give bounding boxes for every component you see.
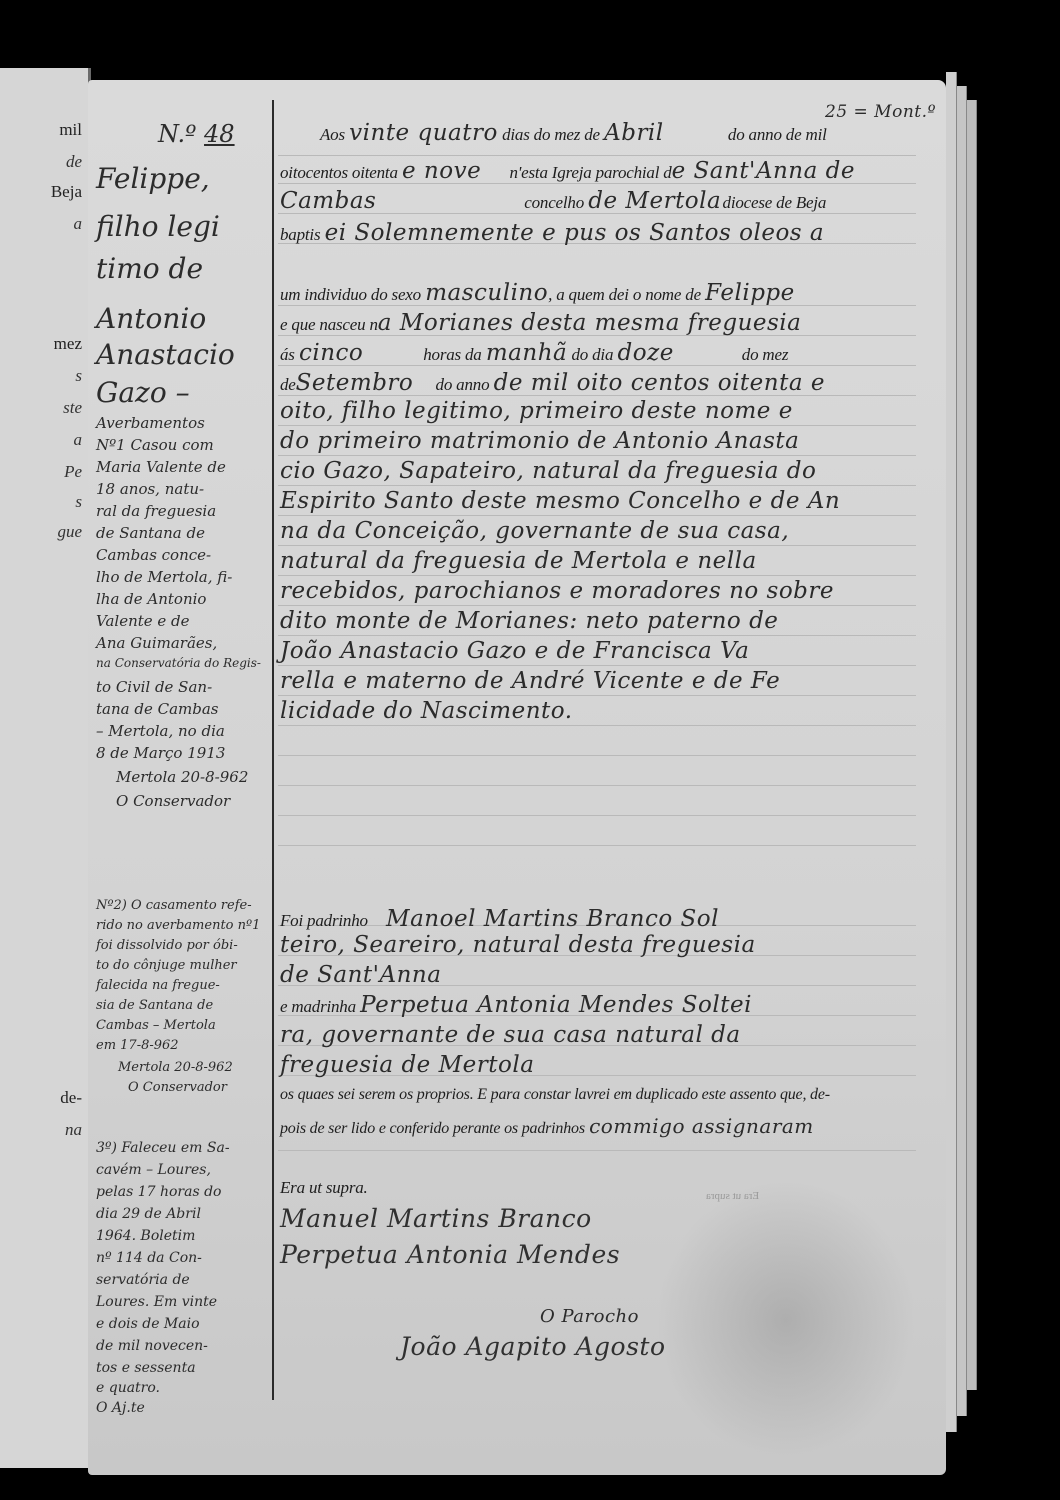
- entry-hand-line: Espirito Santo deste mesmo Concelho e de…: [280, 488, 926, 514]
- margin-name-line: filho legi: [96, 210, 272, 243]
- annotation-line: rido no averbamento nº1: [96, 918, 272, 933]
- left-fragment: Pe: [64, 462, 82, 482]
- annotation-line: tana de Cambas: [96, 700, 272, 718]
- annotation-line: Averbamentos: [96, 414, 272, 432]
- annotation-line: Cambas conce-: [96, 546, 272, 564]
- annotation-line: de mil novecen-: [96, 1338, 272, 1354]
- annotation-line: ral da freguesia: [96, 502, 272, 520]
- entry-hand-line: João Anastacio Gazo e de Francisca Va: [280, 638, 926, 664]
- annotation-line: na Conservatória do Regis-: [96, 656, 272, 670]
- page-edge: [946, 72, 957, 1432]
- left-fragment: s: [75, 492, 82, 512]
- annotation-line: falecida na fregue-: [96, 978, 272, 993]
- annotation-line: foi dissolvido por óbi-: [96, 938, 272, 953]
- margin-name-line: Gazo –: [96, 376, 272, 409]
- left-fragment: na: [65, 1120, 82, 1140]
- annotation-line: dia 29 de Abril: [96, 1206, 272, 1222]
- left-fragment: mil: [59, 120, 82, 140]
- godfather-line: Foi padrinho Manoel Martins Branco Sol: [280, 906, 926, 932]
- godmother-line: e madrinha Perpetua Antonia Mendes Solte…: [280, 992, 926, 1018]
- entry-hand-line: oito, filho legitimo, primeiro deste nom…: [280, 398, 926, 424]
- annotation-line: Nº2) O casamento refe-: [96, 898, 272, 913]
- entry-hand-line: na da Conceição, governante de sua casa,: [280, 518, 926, 544]
- margin-name-line: Antonio: [96, 302, 272, 335]
- annotation-line: em 17-8-962: [96, 1038, 272, 1053]
- left-fragment: ste: [63, 398, 82, 418]
- entry-hand-line: natural da freguesia de Mertola e nella: [280, 548, 926, 574]
- annotation-line: e quatro.: [96, 1380, 272, 1396]
- godfather-label: Foi padrinho: [280, 911, 368, 930]
- entry-line-4: baptis ei Solemnemente e pus os Santos o…: [280, 220, 926, 246]
- godmother-line: ra, governante de sua casa natural da: [280, 1022, 926, 1048]
- annotation-line: lho de Mertola, fi-: [96, 568, 272, 586]
- godfather-line: de Sant'Anna: [280, 962, 926, 988]
- annotation-line: cavém – Loures,: [96, 1162, 272, 1178]
- annotation-line: tos e sessenta: [96, 1360, 272, 1376]
- annotation-line: lha de Antonio: [96, 590, 272, 608]
- paper-stain: [656, 1180, 916, 1460]
- annotation-line: Cambas – Mertola: [96, 1018, 272, 1033]
- left-fragment: s: [75, 366, 82, 386]
- annotation-line: to do cônjuge mulher: [96, 958, 272, 973]
- margin-name-line: Anastacio: [96, 338, 272, 371]
- left-fragment: a: [74, 214, 83, 234]
- entry-hand-line: recebidos, parochianos e moradores no so…: [280, 578, 926, 604]
- annotation-line: 3º) Faleceu em Sa-: [96, 1140, 272, 1156]
- annotation-line: Mertola 20-8-962: [118, 1060, 294, 1075]
- column-divider: [272, 100, 274, 1400]
- left-fragment: mez: [54, 334, 82, 354]
- annotation-line: sia de Santana de: [96, 998, 272, 1013]
- margin-column: N.º 48 Felippe, filho legi timo de Anton…: [88, 80, 272, 1475]
- entry-hand-line: licidade do Nascimento.: [280, 698, 926, 724]
- annotation-line: e dois de Maio: [96, 1316, 272, 1332]
- annotation-line: pelas 17 horas do: [96, 1184, 272, 1200]
- annotation-line: Ana Guimarães,: [96, 634, 272, 652]
- entry-line-1: Aos vinte quatro dias do mez de Abril do…: [280, 120, 926, 146]
- closing-line: pois de ser lido e conferido perante os …: [280, 1114, 926, 1138]
- annotation-line: 8 de Março 1913: [96, 744, 272, 762]
- annotation-line: 18 anos, natu-: [96, 480, 272, 498]
- annotation-line: Loures. Em vinte: [96, 1294, 272, 1310]
- entry-line-6: e que nasceu na Morianes desta mesma fre…: [280, 310, 926, 336]
- entry-line-8: deSetembro do anno de mil oito centos oi…: [280, 370, 926, 396]
- entry-line-7: ás cinco horas da manhã do dia doze do m…: [280, 340, 926, 366]
- entry-hand-line: do primeiro matrimonio de Antonio Anasta: [280, 428, 926, 454]
- annotation-line: 1964. Boletim: [96, 1228, 272, 1244]
- annotation-line: O Conservador: [116, 792, 292, 810]
- annotation-line: Valente e de: [96, 612, 272, 630]
- left-fragment: Beja: [51, 182, 82, 202]
- entry-hand-line: dito monte de Morianes: neto paterno de: [280, 608, 926, 634]
- left-fragment: de: [66, 152, 82, 172]
- annotation-line: servatória de: [96, 1272, 272, 1288]
- left-page-fragment: mil de Beja a mez s ste a Pe s gue de- n…: [0, 68, 91, 1468]
- godfather-line: teiro, Seareiro, natural desta freguesia: [280, 932, 926, 958]
- page-edge: [966, 100, 977, 1390]
- page-edge: [956, 86, 967, 1416]
- corner-note: 25 = Mont.º: [825, 102, 936, 122]
- annotation-line: – Mertola, no dia: [96, 722, 272, 740]
- entry-hand-line: cio Gazo, Sapateiro, natural da freguesi…: [280, 458, 926, 484]
- entry-line-2: oitocentos oitenta e nove n'esta Igreja …: [280, 158, 926, 184]
- entry-line-5: um individuo do sexo masculino, a quem d…: [280, 280, 926, 306]
- annotation-line: O Conservador: [128, 1080, 304, 1095]
- annotation-line: Mertola 20-8-962: [116, 768, 292, 786]
- annotation-line: to Civil de San-: [96, 678, 272, 696]
- godmother-label: e madrinha: [280, 997, 356, 1016]
- left-fragment: de-: [60, 1088, 82, 1108]
- annotation-line: nº 114 da Con-: [96, 1250, 272, 1266]
- entry-hand-line: rella e materno de André Vicente e de Fe: [280, 668, 926, 694]
- annotation-line: de Santana de: [96, 524, 272, 542]
- annotation-line: O Aj.te: [96, 1400, 272, 1416]
- godmother-line: freguesia de Mertola: [280, 1052, 926, 1078]
- closing-printed-line: os quaes sei serem os proprios. E para c…: [280, 1086, 926, 1104]
- annotation-line: Nº1 Casou com: [96, 436, 272, 454]
- margin-name-line: timo de: [96, 252, 272, 285]
- annotation-line: Maria Valente de: [96, 458, 272, 476]
- left-fragment: a: [74, 430, 83, 450]
- left-fragment: gue: [57, 522, 82, 542]
- entry-line-3: Cambas concelho de Mertola diocese de Be…: [280, 188, 926, 214]
- register-page: N.º 48 Felippe, filho legi timo de Anton…: [88, 80, 946, 1475]
- margin-name-line: Felippe,: [96, 162, 272, 195]
